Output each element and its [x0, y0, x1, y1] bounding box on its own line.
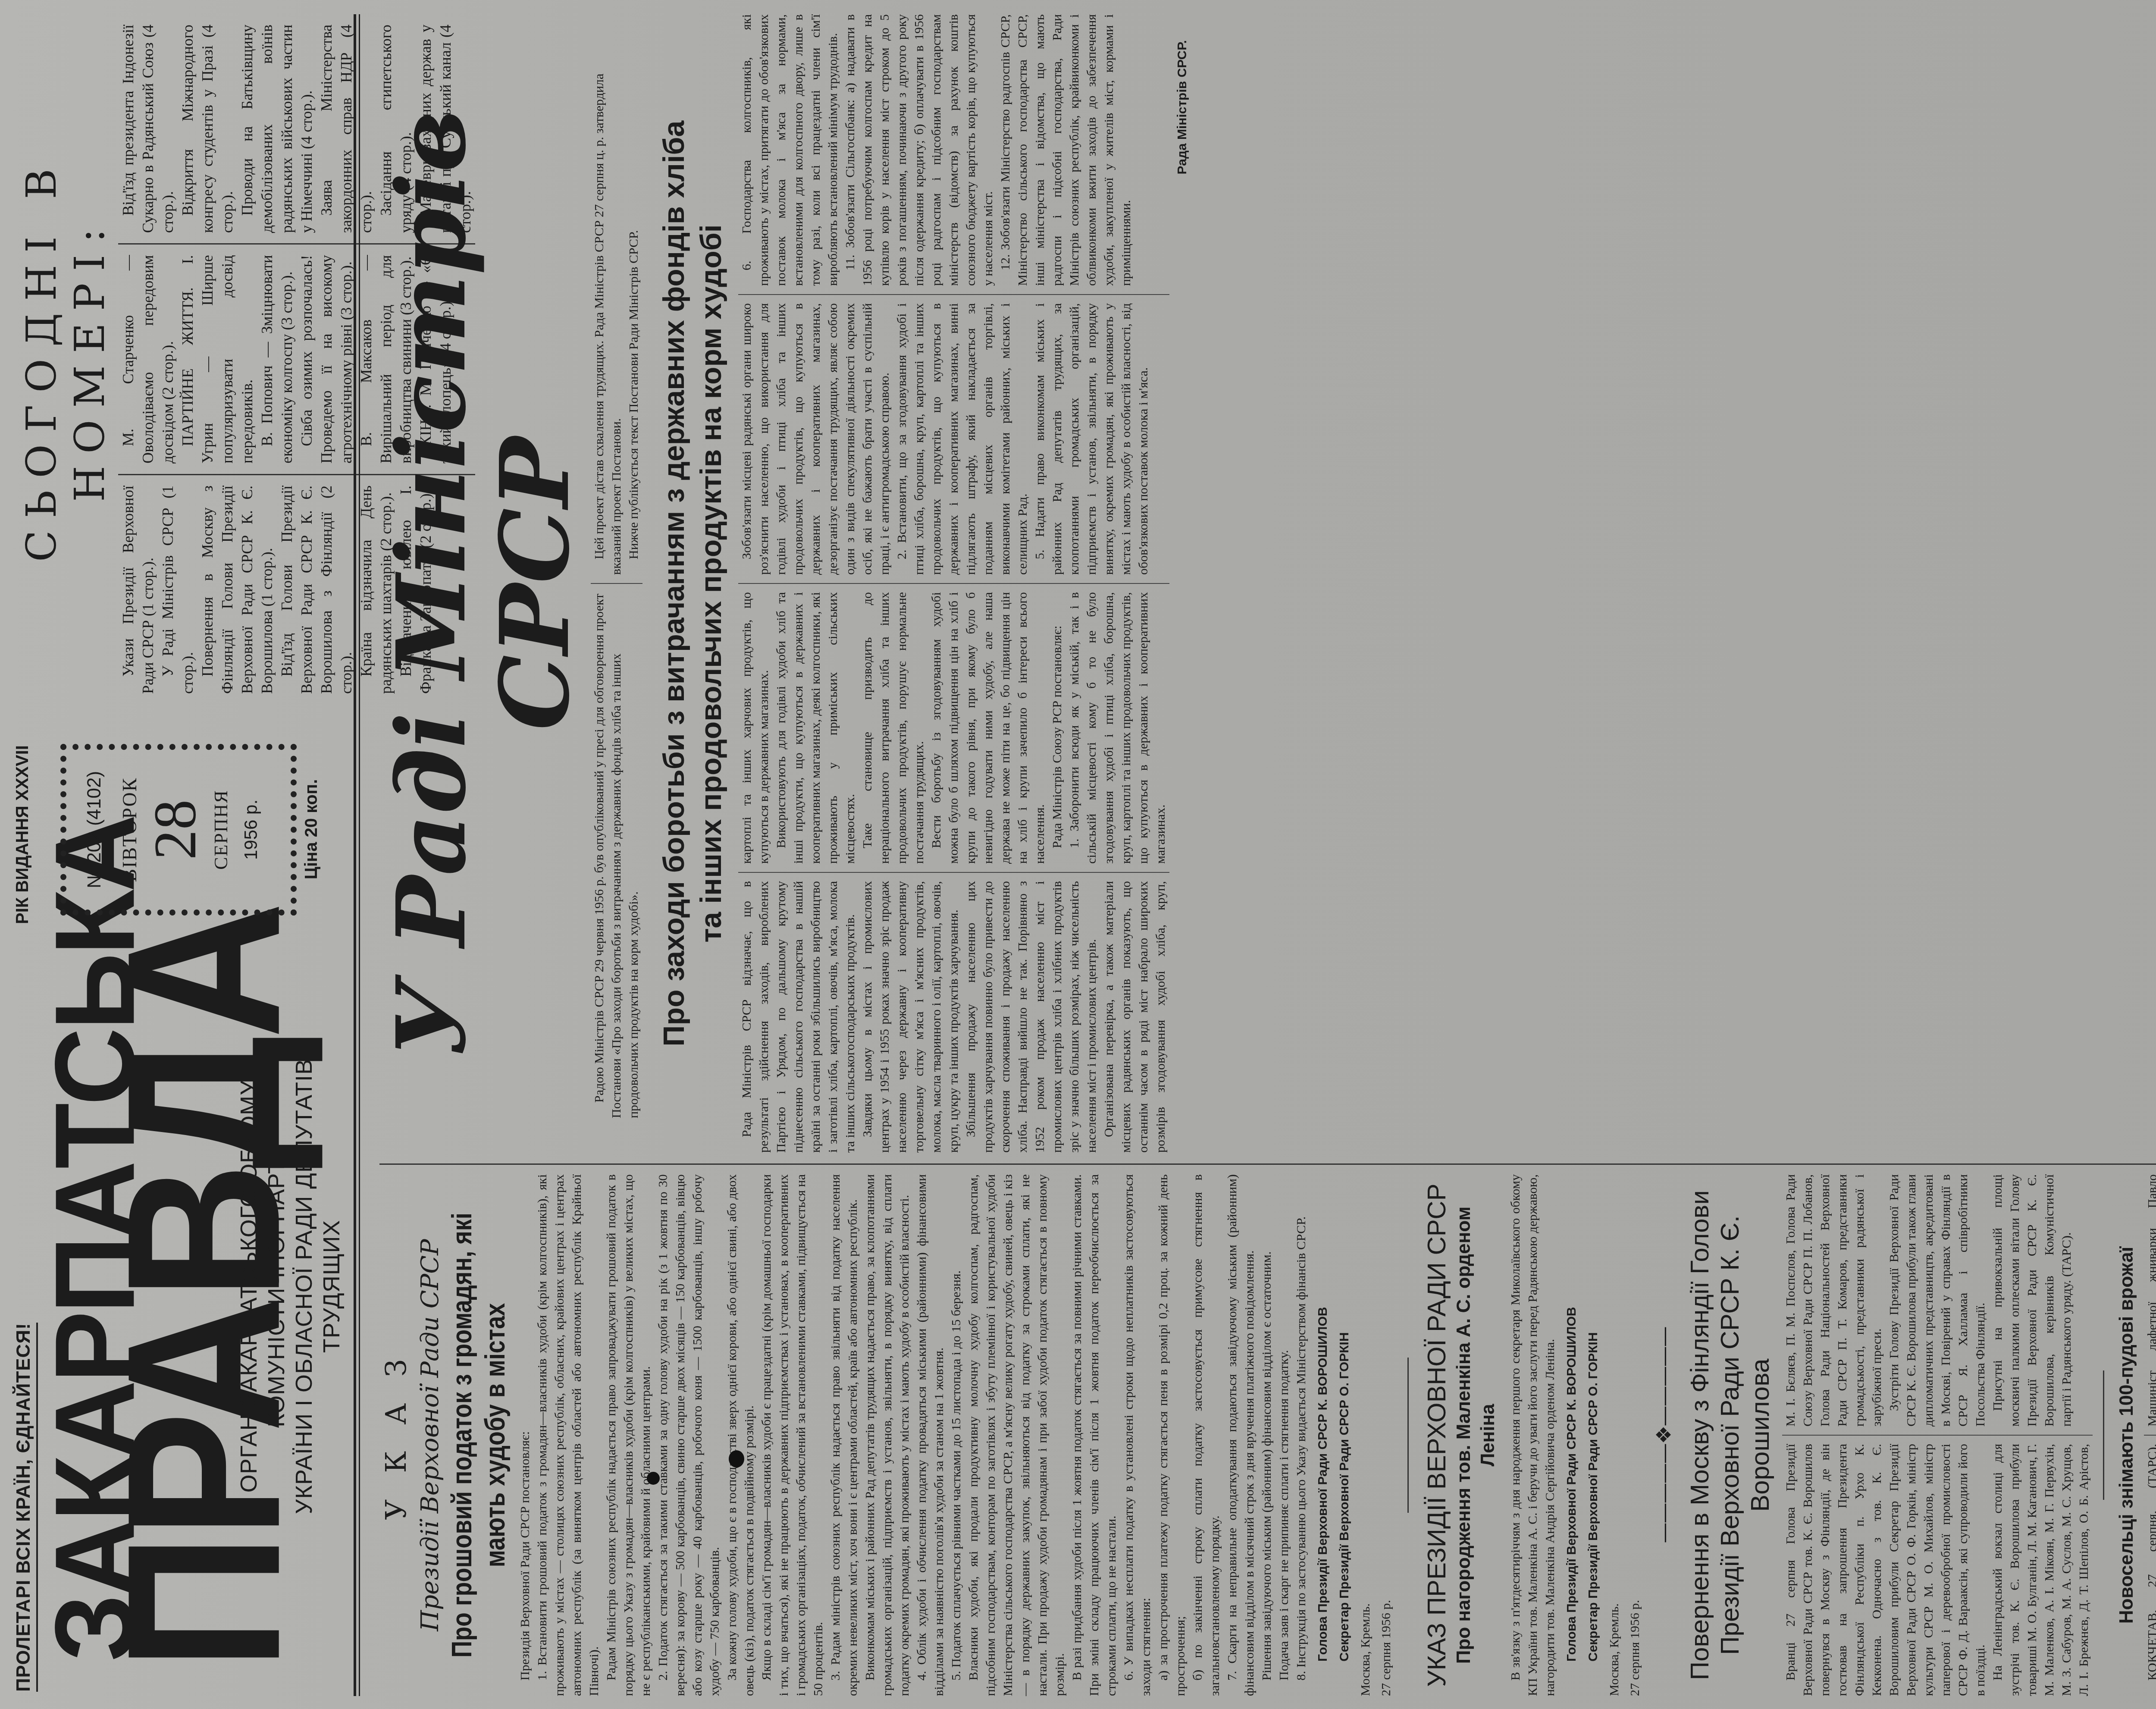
council-paragraph: Рада Міністрів Союзу РСР постановляє:: [1049, 592, 1066, 864]
decree-issuer: Президії Верховної Ради СРСР: [416, 1174, 444, 1696]
today-in-issue-item: Заява Міністерства закордонних справ НДР…: [317, 25, 376, 233]
today-in-issue-item: Від'їзд президента Індонезії Сукарно в Р…: [118, 25, 178, 233]
decree-headline: Про грошовий податок з громадян, які маю…: [445, 1174, 512, 1696]
harvest-article-paragraph: КОКЧЕТАВ, 27 серпня. (ТАРС). Хлібороби К…: [2144, 1444, 2156, 1696]
decree-paragraph: 3. Радам міністрів союзних республік над…: [827, 1174, 862, 1696]
council-paragraph: Вести боротьбу із згодовуванням худобі м…: [928, 592, 1049, 864]
decree-paragraph: Радам Міністрів союзних республік надаєт…: [603, 1174, 655, 1696]
today-in-issue-item: Відкриття Міжнародного конгресу студенті…: [178, 25, 237, 233]
council-paragraph: 1. Заборонити всюди як у міській, так і …: [1066, 592, 1169, 864]
today-in-issue-item: Від'їзд Голови Президії Верховної Ради С…: [277, 486, 356, 694]
issue-price: Ціна 20 коп.: [302, 760, 321, 898]
column-divider: [379, 1163, 2156, 1165]
today-in-issue-item: Проводи на Батьківщину демобілізованих в…: [237, 25, 317, 233]
decree2-headline: Про нагородження тов. Маленкіна А. С. ор…: [1452, 1174, 1500, 1696]
newspaper-page: ПРОЛЕТАРІ ВСІХ КРАЇН, ЄДНАЙТЕСЯ! РІК ВИД…: [0, 0, 2156, 1709]
organ-line-1: ОРГАН ЗАКАРПАТСЬКОГО ОБКОМУ КОМУНІСТИЧНО…: [235, 1028, 290, 1545]
council-paragraph: Рада Міністрів СРСР відзначає, що в резу…: [738, 881, 859, 1153]
council-closing: Рада Міністрів СРСР.: [1174, 40, 1191, 1118]
decree2-text: В зв'язку з п'ятдесятиріччям з дня народ…: [1507, 1174, 1559, 1696]
decree2-body: В зв'язку з п'ятдесятиріччям з дня народ…: [1507, 1174, 1559, 1696]
council-headline: У Раді Міністрів СРСР: [379, 14, 586, 1153]
council-paragraph: Зобов'язати місцеві радянські органи шир…: [738, 303, 893, 575]
publication-year-label: РІК ВИДАННЯ XXXVII: [13, 745, 32, 924]
issue-year: 1956 р.: [241, 750, 261, 909]
organ-line-2: УКРАЇНИ І ОБЛАСНОЇ РАДИ ДЕПУТАТІВ ТРУДЯЩ…: [290, 1028, 345, 1545]
issue-weekday: ВІВТОРОК: [118, 750, 141, 909]
council-paragraph: 12. Зобов'язати Міністерство радгоспів С…: [997, 14, 1135, 286]
council-subheadline-line1: Про заходи боротьби з витрачанням з держ…: [655, 14, 693, 1153]
decree-body: Президія Верховної Ради СРСР постановляє…: [517, 1174, 1310, 1696]
return-article-body: Вранці 27 серпня Голова Президії Верховн…: [1782, 1174, 2093, 1696]
council-intro-paragraph: Радою Міністрів СРСР 29 червня 1956 р. б…: [591, 592, 642, 1118]
today-in-issue-item: В. Попович — Зміцнювати економіку колгос…: [257, 255, 297, 463]
decree-paragraph: Власники худоби, які продали продуктивну…: [965, 1174, 1069, 1696]
decree-paragraph: б) по закінченні строку сплати податку з…: [1189, 1174, 1224, 1696]
decree-paragraph: Президія Верховної Ради СРСР постановляє…: [517, 1174, 534, 1696]
return-article-paragraph: Присутні на привокзальній площі москвичі…: [1989, 1174, 2075, 1427]
decree-signature-chair: Голова Президії Верховної Ради СРСР К. В…: [1314, 1174, 1332, 1662]
decree-paragraph: За кожну голову худоби, що є в господарс…: [724, 1174, 758, 1696]
section-divider: [2103, 1370, 2104, 1500]
council-subheadline: Про заходи боротьби з витрачанням з держ…: [655, 14, 730, 1153]
issue-day: 28: [145, 750, 206, 909]
decree-paragraph: 8. Інструкція по застосуванню цього Указ…: [1293, 1174, 1310, 1696]
council-intro: Радою Міністрів СРСР 29 червня 1956 р. б…: [591, 49, 642, 1118]
decree-title: У К А З: [379, 1174, 413, 1696]
issue-number: № 202 (4102): [84, 750, 105, 909]
return-article-headline: Повернення в Москву з Фінляндії Голови П…: [1685, 1174, 1775, 1696]
decree-paragraph: 1. Встановити грошовий податок з громадя…: [534, 1174, 603, 1696]
today-in-issue-item: Сівба озимих розпочалась! Проведемо її н…: [297, 255, 356, 463]
issue-month: СЕРПНЯ: [210, 750, 232, 909]
decree-paragraph: 4. Облік худоби і обчислення податку про…: [913, 1174, 948, 1696]
council-paragraph: Збільшення продажу населенню цих продукт…: [962, 881, 1100, 1153]
decree2-place: Москва, Кремль.: [1606, 1174, 1623, 1696]
council-paragraph: 5. Надати право виконкомам міських і рай…: [1031, 303, 1152, 575]
today-in-issue-heading: СЬОГОДНІ В НОМЕРІ:: [17, 14, 114, 704]
return-article-paragraph: Вранці 27 серпня Голова Президії Верховн…: [1782, 1444, 1989, 1696]
decree-place: Москва, Кремль.: [1357, 1174, 1374, 1696]
decree-paragraph: Якщо в складі сім'ї громадян—власників х…: [758, 1174, 827, 1696]
council-paragraph: 2. Встановити, що за згодовування худобі…: [893, 303, 1031, 575]
council-paragraph: 11. Зобов'язати Сільгоспбанк: а) надават…: [842, 14, 997, 286]
decree-signature-secretary: Секретар Президії Верховної Ради СРСР О.…: [1336, 1174, 1353, 1662]
issue-date-box: № 202 (4102) ВІВТОРОК 28 СЕРПНЯ 1956 р.: [60, 744, 297, 916]
decree-paragraph: 6. У випадках несплати податку в установ…: [1120, 1174, 1155, 1696]
council-paragraph: 6. Господарства колгоспників, які прожив…: [738, 14, 842, 286]
newspaper-organ-statement: ОРГАН ЗАКАРПАТСЬКОГО ОБКОМУ КОМУНІСТИЧНО…: [235, 1028, 345, 1545]
today-in-issue-item: ПАРТІЙНЕ ЖИТТЯ. І. Угрин — Ширше популяр…: [178, 255, 257, 463]
ornamental-divider: —————❖—————: [1652, 1174, 1676, 1696]
council-resolution-body: Рада Міністрів СРСР відзначає, що в резу…: [738, 14, 1169, 1153]
return-article-paragraph: Зустріти Голову Президії Верховної Ради …: [1886, 1174, 1989, 1427]
decree-paragraph: а) за прострочення платежу податку стяга…: [1155, 1174, 1189, 1696]
council-of-ministers-article: У Раді Міністрів СРСР Радою Міністрів СР…: [379, 14, 1191, 1153]
today-in-issue-item: М. Старченко — Оволодіваємо передовим до…: [118, 255, 178, 463]
harvest-article-headline: Новосельці знімають 100-пудові врожаї: [2115, 1174, 2139, 1696]
today-in-issue-item: Укази Президії Верховної Ради СРСР (1 ст…: [118, 486, 158, 694]
council-paragraph: Таке становище призводить до нераціональ…: [859, 592, 928, 864]
council-intro-paragraph: Нижче публікується текст Постанови Ради …: [625, 49, 642, 575]
decree-tax-block: У К А З Президії Верховної Ради СРСР Про…: [379, 1174, 2156, 1696]
decree-paragraph: 7. Скарги на неправильне оподаткування п…: [1224, 1174, 1258, 1696]
decree-date: 27 серпня 1956 р.: [1378, 1174, 1395, 1696]
scanned-newspaper-photo: ПРОЛЕТАРІ ВСІХ КРАЇН, ЄДНАЙТЕСЯ! РІК ВИД…: [0, 0, 2156, 1709]
decree-paragraph: Подача заяв і скарг не припиняє сплати і…: [1275, 1174, 1293, 1696]
decree-paragraph: 5. Податок сплачується рівними частками …: [948, 1174, 965, 1696]
decree-paragraph: Виконкомам міських і районних Рад депута…: [862, 1174, 913, 1696]
section-divider: [1407, 1358, 1409, 1513]
council-intro-paragraph: Цей проект дістав схвалення трудящих. Ра…: [591, 49, 625, 575]
council-subheadline-line2: та інших продовольчих продуктів на корм …: [693, 14, 730, 1153]
decree-paragraph: Рішення завідуючого міським (районним) ф…: [1258, 1174, 1275, 1696]
masthead-double-rule: [354, 14, 360, 1696]
decree2-signature-chair: Голова Президії Верховної Ради СРСР К. В…: [1563, 1174, 1580, 1662]
decree2-date: 27 серпня 1956 р.: [1627, 1174, 1643, 1696]
paper-damage-hole: [647, 1472, 660, 1485]
council-paragraph: Використовують для годівлі худоби хліб т…: [773, 592, 859, 864]
today-in-issue-item: Повернення в Москву з Фінляндії Голови П…: [197, 486, 277, 694]
today-in-issue-item: У Раді Міністрів СРСР (1 стор.).: [158, 486, 197, 694]
decree2-title: УКАЗ ПРЕЗИДІЇ ВЕРХОВНОЇ РАДИ СРСР: [1422, 1174, 1452, 1696]
decree-paragraph: В разі придбання худоби після 1 жовтня п…: [1069, 1174, 1120, 1696]
decree-paragraph: 2. Податок стягається за такими ставками…: [655, 1174, 724, 1696]
council-paragraph: Завдяки цьому в містах і промислових цен…: [859, 881, 962, 1153]
decree2-signature-secretary: Секретар Президії Верховної Ради СРСР О.…: [1585, 1174, 1602, 1662]
paper-damage-hole: [729, 1450, 744, 1468]
harvest-article-body: КОКЧЕТАВ, 27 серпня. (ТАРС). Хлібороби К…: [2144, 1174, 2156, 1696]
